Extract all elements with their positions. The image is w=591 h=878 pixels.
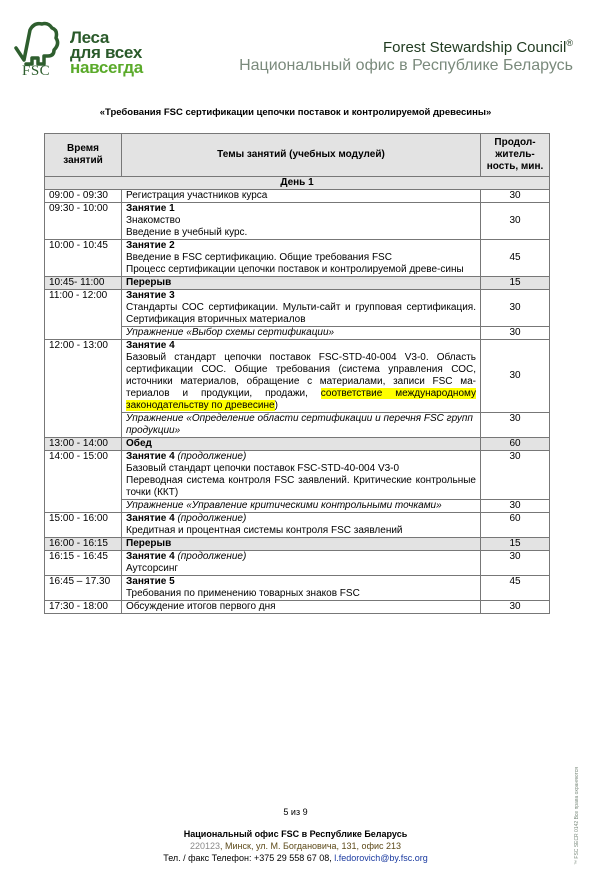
duration-cell: 30 [481, 190, 550, 203]
exercise-cell: Упражнение «Определение области сертифик… [122, 413, 481, 438]
duration-cell: 45 [481, 240, 550, 277]
page-header: FSC Леса для всех навсегда Forest Stewar… [0, 0, 591, 95]
topic-title: Занятие 4 (продолжение) [126, 451, 476, 463]
topic-subtitle: (продолжение) [177, 551, 246, 562]
table-row: 14:00 - 15:00Занятие 4 (продолжение)Базо… [45, 451, 550, 500]
page-footer: 5 из 9 Национальный офис FSC в Республик… [0, 806, 591, 864]
time-cell: 16:45 – 17.30 [45, 576, 122, 601]
topic-title-text: Занятие 4 [126, 513, 175, 524]
header-topic: Темы занятий (учебных модулей) [122, 134, 481, 177]
schedule-table: Время занятий Темы занятий (учебных моду… [44, 133, 550, 614]
document-title: «Требования FSC сертификации цепочки пос… [0, 107, 591, 118]
topic-subtitle: (продолжение) [177, 451, 246, 462]
footer-office: Национальный офис FSC в Республике Белар… [0, 828, 591, 840]
email-link[interactable]: l.fedorovich@by.fsc.org [334, 853, 428, 863]
duration-cell: 60 [481, 513, 550, 538]
topic-title: Занятие 4 (продолжение) [126, 551, 476, 563]
topic-line: Введение в FSC сертификацию. Общие требо… [126, 252, 476, 264]
table-row: 10:00 - 10:45Занятие 2Введение в FSC сер… [45, 240, 550, 277]
topic-title: Занятие 2 [126, 240, 476, 252]
table-row: 11:00 - 12:00Занятие 3Стандарты СОС серт… [45, 290, 550, 327]
office-name: Национальный офис в Республике Беларусь [239, 57, 573, 75]
exercise-cell: Упражнение «Управление критическими конт… [122, 500, 481, 513]
topic-cell: Регистрация участников курса [122, 190, 481, 203]
break-row: 16:00 - 16:15Перерыв15 [45, 538, 550, 551]
duration-cell: 30 [481, 290, 550, 327]
after-highlight: ) [275, 400, 278, 411]
topic-title: Занятие 4 (продолжение) [126, 513, 476, 525]
topic-line: Регистрация участников курса [126, 190, 476, 202]
table-header-row: Время занятий Темы занятий (учебных моду… [45, 134, 550, 177]
topic-cell: Перерыв [122, 538, 481, 551]
header-time: Время занятий [45, 134, 122, 177]
registered-mark: ® [566, 38, 573, 48]
page-indicator: 5 из 9 [0, 806, 591, 818]
topic-cell: Перерыв [122, 277, 481, 290]
exercise-duration-cell: 30 [481, 327, 550, 340]
header-duration: Продол- житель- ность, мин. [481, 134, 550, 177]
topic-line: Стандарты СОС сертификации. Мульти-сайт … [126, 302, 476, 326]
topic-title: Занятие 4 [126, 340, 476, 352]
exercise-duration-cell: 30 [481, 413, 550, 438]
time-cell: 10:00 - 10:45 [45, 240, 122, 277]
table-row: 17:30 - 18:00Обсуждение итогов первого д… [45, 601, 550, 614]
topic-title-text: Занятие 4 [126, 451, 175, 462]
topic-title-text: Занятие 2 [126, 240, 175, 251]
topic-subtitle: (продолжение) [177, 513, 246, 524]
topic-cell: Занятие 3Стандарты СОС сертификации. Мул… [122, 290, 481, 327]
exercise-duration-cell: 30 [481, 500, 550, 513]
table-row: 16:45 – 17.30Занятие 5Требования по прим… [45, 576, 550, 601]
topic-cell: Занятие 4Базовый стандарт цепочки постав… [122, 340, 481, 413]
break-row: 10:45- 11:00Перерыв15 [45, 277, 550, 290]
time-cell: 12:00 - 13:00 [45, 340, 122, 438]
topic-cell: Занятие 1ЗнакомствоВведение в учебный ку… [122, 203, 481, 240]
exercise-cell: Упражнение «Выбор схемы сертификации» [122, 327, 481, 340]
topic-title: Перерыв [126, 277, 171, 288]
topic-line: Базовый стандарт цепочки поставок FSC-ST… [126, 463, 476, 475]
topic-title: Обед [126, 438, 152, 449]
topic-cell: Обед [122, 438, 481, 451]
table-row: 15:00 - 16:00Занятие 4 (продолжение)Кред… [45, 513, 550, 538]
side-note: ™ FSC SECR 0142 Все права охраняются [574, 767, 580, 865]
topic-line: Введение в учебный курс. [126, 227, 476, 239]
duration-cell: 30 [481, 601, 550, 614]
topic-line: Аутсорсинг [126, 563, 476, 575]
time-cell: 17:30 - 18:00 [45, 601, 122, 614]
topic-line: Кредитная и процентная системы контроля … [126, 525, 476, 537]
topic-line-highlight-wrap: Базовый стандарт цепочки поставок FSC-ST… [126, 352, 476, 412]
topic-cell: Занятие 4 (продолжение)Кредитная и проце… [122, 513, 481, 538]
duration-cell: 60 [481, 438, 550, 451]
duration-cell: 30 [481, 340, 550, 413]
time-cell: 15:00 - 16:00 [45, 513, 122, 538]
topic-title-text: Занятие 4 [126, 551, 175, 562]
slogan-line-3: навсегда [70, 60, 143, 75]
topic-cell: Занятие 4 (продолжение)Аутсорсинг [122, 551, 481, 576]
topic-title: Перерыв [126, 538, 171, 549]
day-label: День 1 [45, 177, 550, 190]
table-row: 09:30 - 10:00Занятие 1ЗнакомствоВведение… [45, 203, 550, 240]
fsc-logo-text: FSC [22, 63, 50, 80]
duration-cell: 30 [481, 551, 550, 576]
duration-cell: 15 [481, 538, 550, 551]
time-cell: 16:00 - 16:15 [45, 538, 122, 551]
duration-cell: 30 [481, 451, 550, 500]
topic-line: Требования по применению товарных знаков… [126, 588, 476, 600]
slogan: Леса для всех навсегда [70, 30, 143, 75]
time-cell: 11:00 - 12:00 [45, 290, 122, 340]
topic-cell: Занятие 2Введение в FSC сертификацию. Об… [122, 240, 481, 277]
table-row: 12:00 - 13:00Занятие 4Базовый стандарт ц… [45, 340, 550, 413]
topic-title-text: Занятие 4 [126, 340, 175, 351]
topic-title-text: Занятие 3 [126, 290, 175, 301]
footer-address: 220123, Минск, ул. М. Богдановича, 131, … [0, 840, 591, 852]
time-cell: 14:00 - 15:00 [45, 451, 122, 513]
org-name: Forest Stewardship Council® [383, 38, 573, 56]
topic-line: Обсуждение итогов первого дня [126, 601, 476, 613]
topic-title-text: Занятие 5 [126, 576, 175, 587]
topic-title-text: Занятие 1 [126, 203, 175, 214]
topic-line: Переводная система контроля FSC заявлени… [126, 475, 476, 499]
topic-cell: Занятие 4 (продолжение)Базовый стандарт … [122, 451, 481, 500]
time-cell: 16:15 - 16:45 [45, 551, 122, 576]
topic-line: Знакомство [126, 215, 476, 227]
table-row: 09:00 - 09:30Регистрация участников курс… [45, 190, 550, 203]
time-cell: 09:00 - 09:30 [45, 190, 122, 203]
topic-title: Занятие 5 [126, 576, 476, 588]
break-row: 13:00 - 14:00Обед60 [45, 438, 550, 451]
duration-cell: 45 [481, 576, 550, 601]
topic-line: Процесс сертификации цепочки поставок и … [126, 264, 476, 276]
topic-title: Занятие 1 [126, 203, 476, 215]
table-row: 16:15 - 16:45Занятие 4 (продолжение)Аутс… [45, 551, 550, 576]
footer-contacts: Тел. / факс Телефон: +375 29 558 67 08, … [0, 852, 591, 864]
topic-title: Занятие 3 [126, 290, 476, 302]
time-cell: 09:30 - 10:00 [45, 203, 122, 240]
duration-cell: 15 [481, 277, 550, 290]
day-row: День 1 [45, 177, 550, 190]
time-cell: 13:00 - 14:00 [45, 438, 122, 451]
topic-cell: Обсуждение итогов первого дня [122, 601, 481, 614]
duration-cell: 30 [481, 203, 550, 240]
topic-cell: Занятие 5Требования по применению товарн… [122, 576, 481, 601]
time-cell: 10:45- 11:00 [45, 277, 122, 290]
